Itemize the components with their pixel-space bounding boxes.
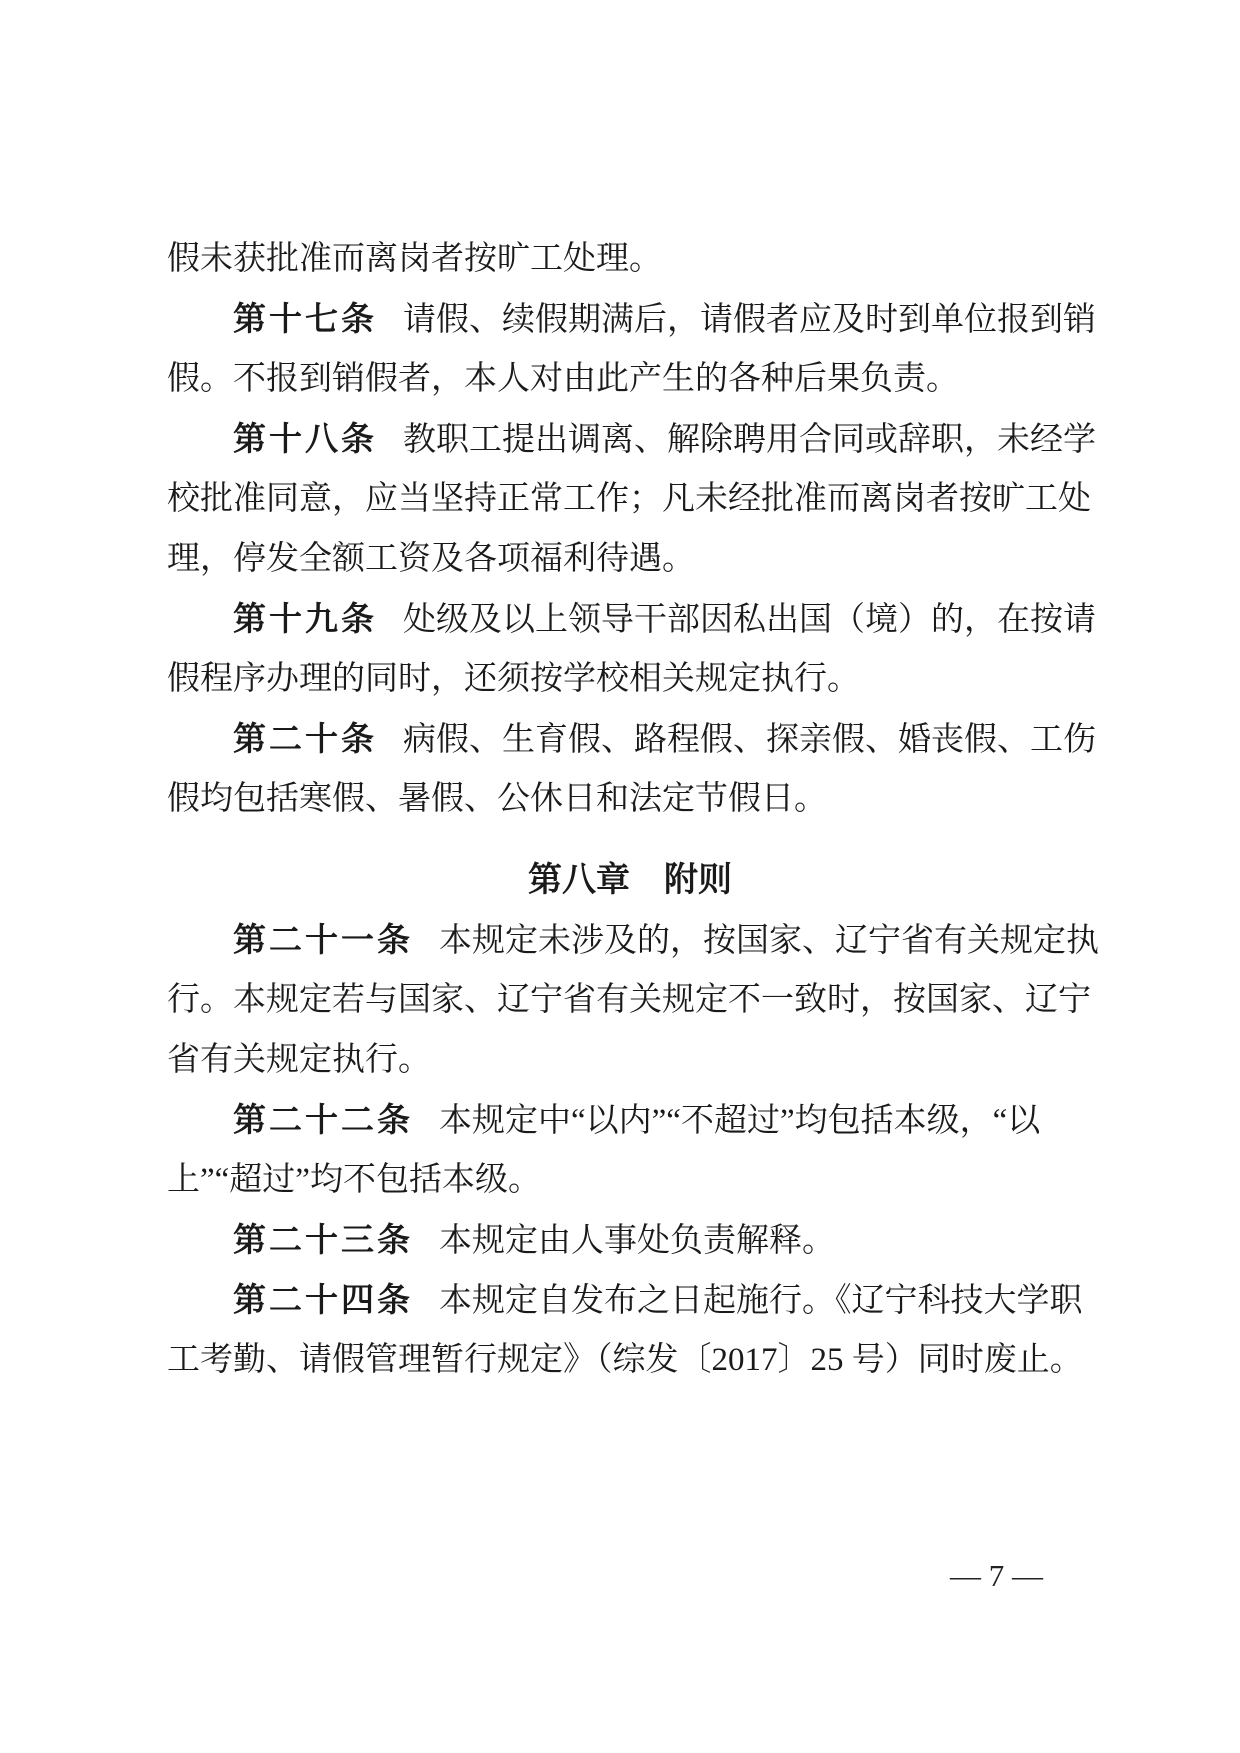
document-line: 第十七条请假、续假期满后，请假者应及时到单位报到销: [167, 289, 1093, 349]
article-number: 第二十条: [233, 720, 377, 757]
document-line: 工考勤、请假管理暂行规定》（综发〔2017〕25 号）同时废止。: [167, 1330, 1093, 1390]
document-text-column: 假未获批准而离岗者按旷工处理。第十七条请假、续假期满后，请假者应及时到单位报到销…: [167, 229, 1093, 1390]
document-line: 第二十四条本规定自发布之日起施行。《辽宁科技大学职: [167, 1270, 1093, 1330]
document-page: 假未获批准而离岗者按旷工处理。第十七条请假、续假期满后，请假者应及时到单位报到销…: [0, 0, 1240, 1753]
document-line: 行。本规定若与国家、辽宁省有关规定不一致时，按国家、辽宁: [167, 970, 1093, 1030]
document-line: 省有关规定执行。: [167, 1030, 1093, 1090]
document-line: 第十九条处级及以上领导干部因私出国（境）的，在按请: [167, 589, 1093, 649]
line-text: 本规定中“以内”“不超过”均包括本级，“以: [439, 1103, 1040, 1139]
document-line: 理，停发全额工资及各项福利待遇。: [167, 529, 1093, 589]
line-text: 教职工提出调离、解除聘用合同或辞职，未经学: [403, 422, 1096, 458]
document-line: 假均包括寒假、暑假、公休日和法定节假日。: [167, 769, 1093, 829]
article-number: 第十八条: [233, 420, 377, 457]
document-line: 第二十二条本规定中“以内”“不超过”均包括本级，“以: [167, 1090, 1093, 1150]
article-number: 第二十一条: [233, 921, 413, 958]
line-text: 本规定由人事处负责解释。: [439, 1223, 835, 1259]
line-text: 请假、续假期满后，请假者应及时到单位报到销: [403, 302, 1096, 338]
article-number: 第二十四条: [233, 1281, 413, 1318]
document-line: 第二十条病假、生育假、路程假、探亲假、婚丧假、工伤: [167, 709, 1093, 769]
article-number: 第二十三条: [233, 1221, 413, 1258]
document-line: 第十八条教职工提出调离、解除聘用合同或辞职，未经学: [167, 409, 1093, 469]
document-line: 假。不报到销假者，本人对由此产生的各种后果负责。: [167, 349, 1093, 409]
document-line: 假程序办理的同时，还须按学校相关规定执行。: [167, 649, 1093, 709]
chapter-heading: 第八章 附则: [167, 850, 1093, 910]
line-text: 病假、生育假、路程假、探亲假、婚丧假、工伤: [403, 722, 1096, 758]
line-text: 本规定未涉及的，按国家、辽宁省有关规定执: [439, 923, 1099, 959]
document-line: 第二十一条本规定未涉及的，按国家、辽宁省有关规定执: [167, 910, 1093, 970]
document-line: 假未获批准而离岗者按旷工处理。: [167, 229, 1093, 289]
page-number: — 7 —: [950, 1556, 1043, 1596]
article-number: 第十九条: [233, 600, 377, 637]
document-line: 上”“超过”均不包括本级。: [167, 1150, 1093, 1210]
document-line: 校批准同意，应当坚持正常工作；凡未经批准而离岗者按旷工处: [167, 469, 1093, 529]
article-number: 第十七条: [233, 300, 377, 337]
article-number: 第二十二条: [233, 1101, 413, 1138]
document-line: 第二十三条本规定由人事处负责解释。: [167, 1210, 1093, 1270]
line-text: 本规定自发布之日起施行。《辽宁科技大学职: [439, 1283, 1083, 1319]
line-text: 处级及以上领导干部因私出国（境）的，在按请: [403, 602, 1096, 638]
